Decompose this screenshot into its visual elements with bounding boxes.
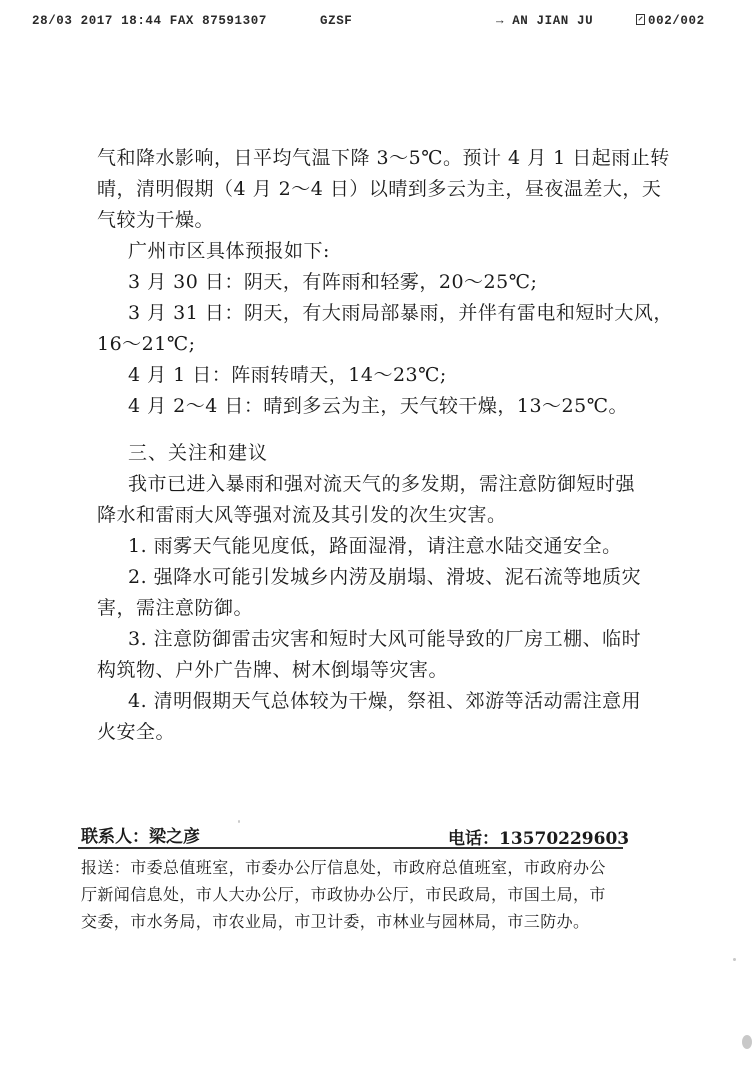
- suggestion-item-2-continued: 害，需注意防御。: [97, 593, 637, 624]
- forecast-item-mar31-continued: 16～21℃;: [97, 329, 637, 360]
- section-spacer: [97, 422, 637, 438]
- text-line: 气较为干燥。: [97, 205, 637, 236]
- forecast-item-mar31: 3 月 31 日：阴天，有大雨局部暴雨，并伴有雷电和短时大风，: [97, 298, 637, 329]
- contact-person: 联系人：梁之彦: [81, 822, 200, 847]
- fax-page-icon: [636, 14, 645, 25]
- fax-page-indicator: 002/002: [636, 14, 705, 28]
- fax-sender-id: GZSF: [320, 14, 352, 28]
- suggestion-item-3-continued: 构筑物、户外广告牌、树木倒塌等灾害。: [97, 655, 637, 686]
- scan-artifact: [733, 958, 736, 961]
- distribution-line: 交委，市水务局，市农业局，市卫计委，市林业与园林局，市三防办。: [81, 908, 623, 935]
- scan-artifact: [238, 820, 240, 823]
- suggestion-item-4: 4. 清明假期天气总体较为干燥，祭祖、郊游等活动需注意用: [97, 686, 637, 717]
- text-line: 晴，清明假期（4 月 2～4 日）以晴到多云为主，昼夜温差大，天: [97, 174, 637, 205]
- forecast-item-apr2-4: 4 月 2～4 日：晴到多云为主，天气较干燥，13～25℃。: [97, 391, 637, 422]
- distribution-list: 报送：市委总值班室，市委办公厅信息处，市政府总值班室，市政府办公 厅新闻信息处，…: [78, 854, 623, 935]
- suggestion-item-4-continued: 火安全。: [97, 717, 637, 748]
- text-line: 我市已进入暴雨和强对流天气的多发期，需注意防御短时强: [97, 469, 637, 500]
- fax-recipient: → AN JIAN JU: [496, 14, 593, 28]
- forecast-list: 3 月 30 日：阴天，有阵雨和轻雾，20～25℃; 3 月 31 日：阴天，有…: [97, 267, 637, 422]
- contact-phone: 电话：13570229603: [448, 824, 629, 849]
- document-body: 气和降水影响，日平均气温下降 3～5℃。预计 4 月 1 日起雨止转 晴，清明假…: [97, 143, 637, 748]
- text-line: 气和降水影响，日平均气温下降 3～5℃。预计 4 月 1 日起雨止转: [97, 143, 637, 174]
- forecast-item-mar30: 3 月 30 日：阴天，有阵雨和轻雾，20～25℃;: [97, 267, 637, 298]
- forecast-heading: 广州市区具体预报如下:: [97, 236, 637, 267]
- fax-page-count: 002/002: [648, 14, 705, 28]
- suggestion-list: 1. 雨雾天气能见度低，路面湿滑，请注意水陆交通安全。 2. 强降水可能引发城乡…: [97, 531, 637, 748]
- section-three-heading: 三、关注和建议: [97, 438, 637, 469]
- section-three-intro: 我市已进入暴雨和强对流天气的多发期，需注意防御短时强 降水和雷雨大风等强对流及其…: [97, 469, 637, 531]
- fax-date-time-number: 28/03 2017 18:44 FAX 87591307: [32, 14, 267, 28]
- forecast-item-apr1: 4 月 1 日：阵雨转晴天，14～23℃;: [97, 360, 637, 391]
- intro-paragraph: 气和降水影响，日平均气温下降 3～5℃。预计 4 月 1 日起雨止转 晴，清明假…: [97, 143, 637, 236]
- contact-row: 联系人：梁之彦 电话：13570229603: [78, 820, 623, 846]
- suggestion-item-3: 3. 注意防御雷击灾害和短时大风可能导致的厂房工棚、临时: [97, 624, 637, 655]
- distribution-line: 报送：市委总值班室，市委办公厅信息处，市政府总值班室，市政府办公: [81, 854, 623, 881]
- scan-artifact: [742, 1035, 752, 1049]
- text-line: 降水和雷雨大风等强对流及其引发的次生灾害。: [97, 500, 637, 531]
- fax-transmission-header: 28/03 2017 18:44 FAX 87591307 GZSF → AN …: [0, 14, 755, 34]
- document-footer: 联系人：梁之彦 电话：13570229603 报送：市委总值班室，市委办公厅信息…: [78, 820, 623, 935]
- suggestion-item-2: 2. 强降水可能引发城乡内涝及崩塌、滑坡、泥石流等地质灾: [97, 562, 637, 593]
- distribution-line: 厅新闻信息处，市人大办公厅，市政协办公厅，市民政局，市国土局，市: [81, 881, 623, 908]
- suggestion-item-1: 1. 雨雾天气能见度低，路面湿滑，请注意水陆交通安全。: [97, 531, 637, 562]
